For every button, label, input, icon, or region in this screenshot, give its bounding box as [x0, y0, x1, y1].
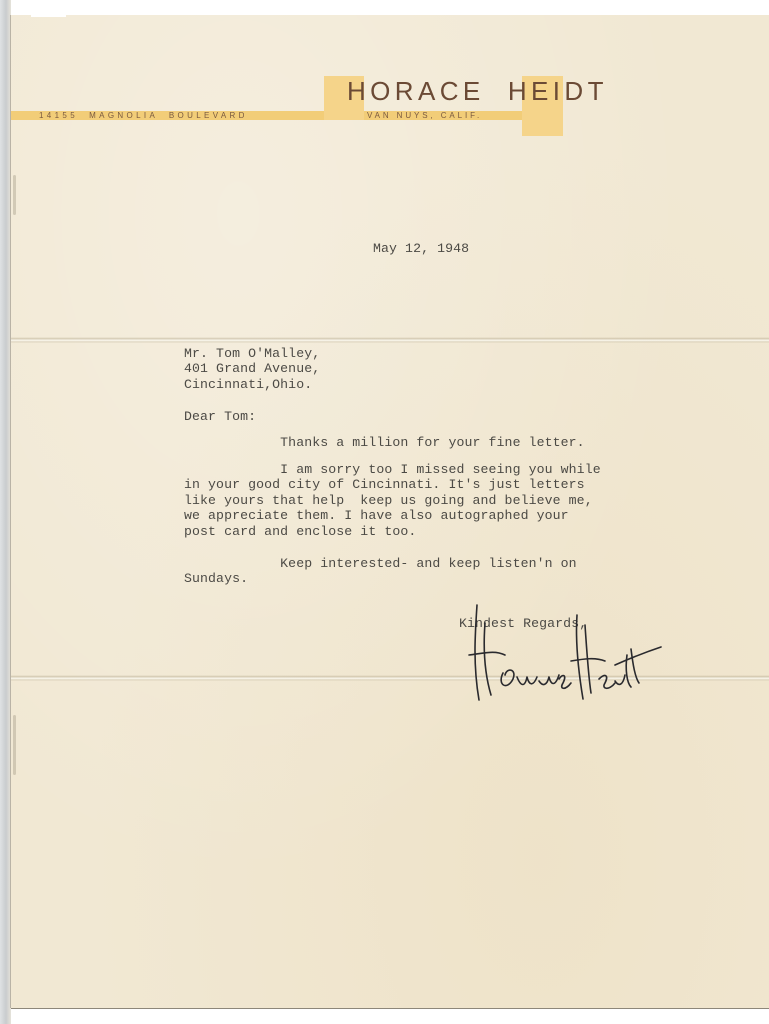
- letterhead-city: VAN NUYS, CALIF.: [367, 111, 482, 120]
- paragraph-body: I am sorry too I missed seeing you while…: [184, 462, 601, 539]
- fold-line-upper: [11, 337, 769, 343]
- letterhead-address: 14155 MAGNOLIA BOULEVARD: [39, 111, 248, 120]
- recipient-address: Mr. Tom O'Malley, 401 Grand Avenue, Cinc…: [184, 346, 320, 392]
- recipient-street: 401 Grand Avenue,: [184, 361, 320, 376]
- scanner-edge: [0, 0, 11, 1024]
- handwritten-signature: [455, 595, 665, 715]
- paper-edge-mark: [13, 715, 16, 775]
- paper-edge-mark: [13, 175, 16, 215]
- paragraph-thanks: Thanks a million for your fine letter.: [184, 435, 585, 450]
- paragraph-closing-note: Keep interested- and keep listen'n on Su…: [184, 556, 577, 587]
- recipient-city: Cincinnati,Ohio.: [184, 377, 312, 392]
- letter-paper: HORACE HEIDT 14155 MAGNOLIA BOULEVARD VA…: [11, 15, 769, 1008]
- salutation: Dear Tom:: [184, 409, 256, 424]
- letterhead-name: HORACE HEIDT: [347, 76, 608, 107]
- recipient-name: Mr. Tom O'Malley,: [184, 346, 320, 361]
- letter-date: May 12, 1948: [373, 241, 469, 256]
- paper-tear: [31, 13, 66, 17]
